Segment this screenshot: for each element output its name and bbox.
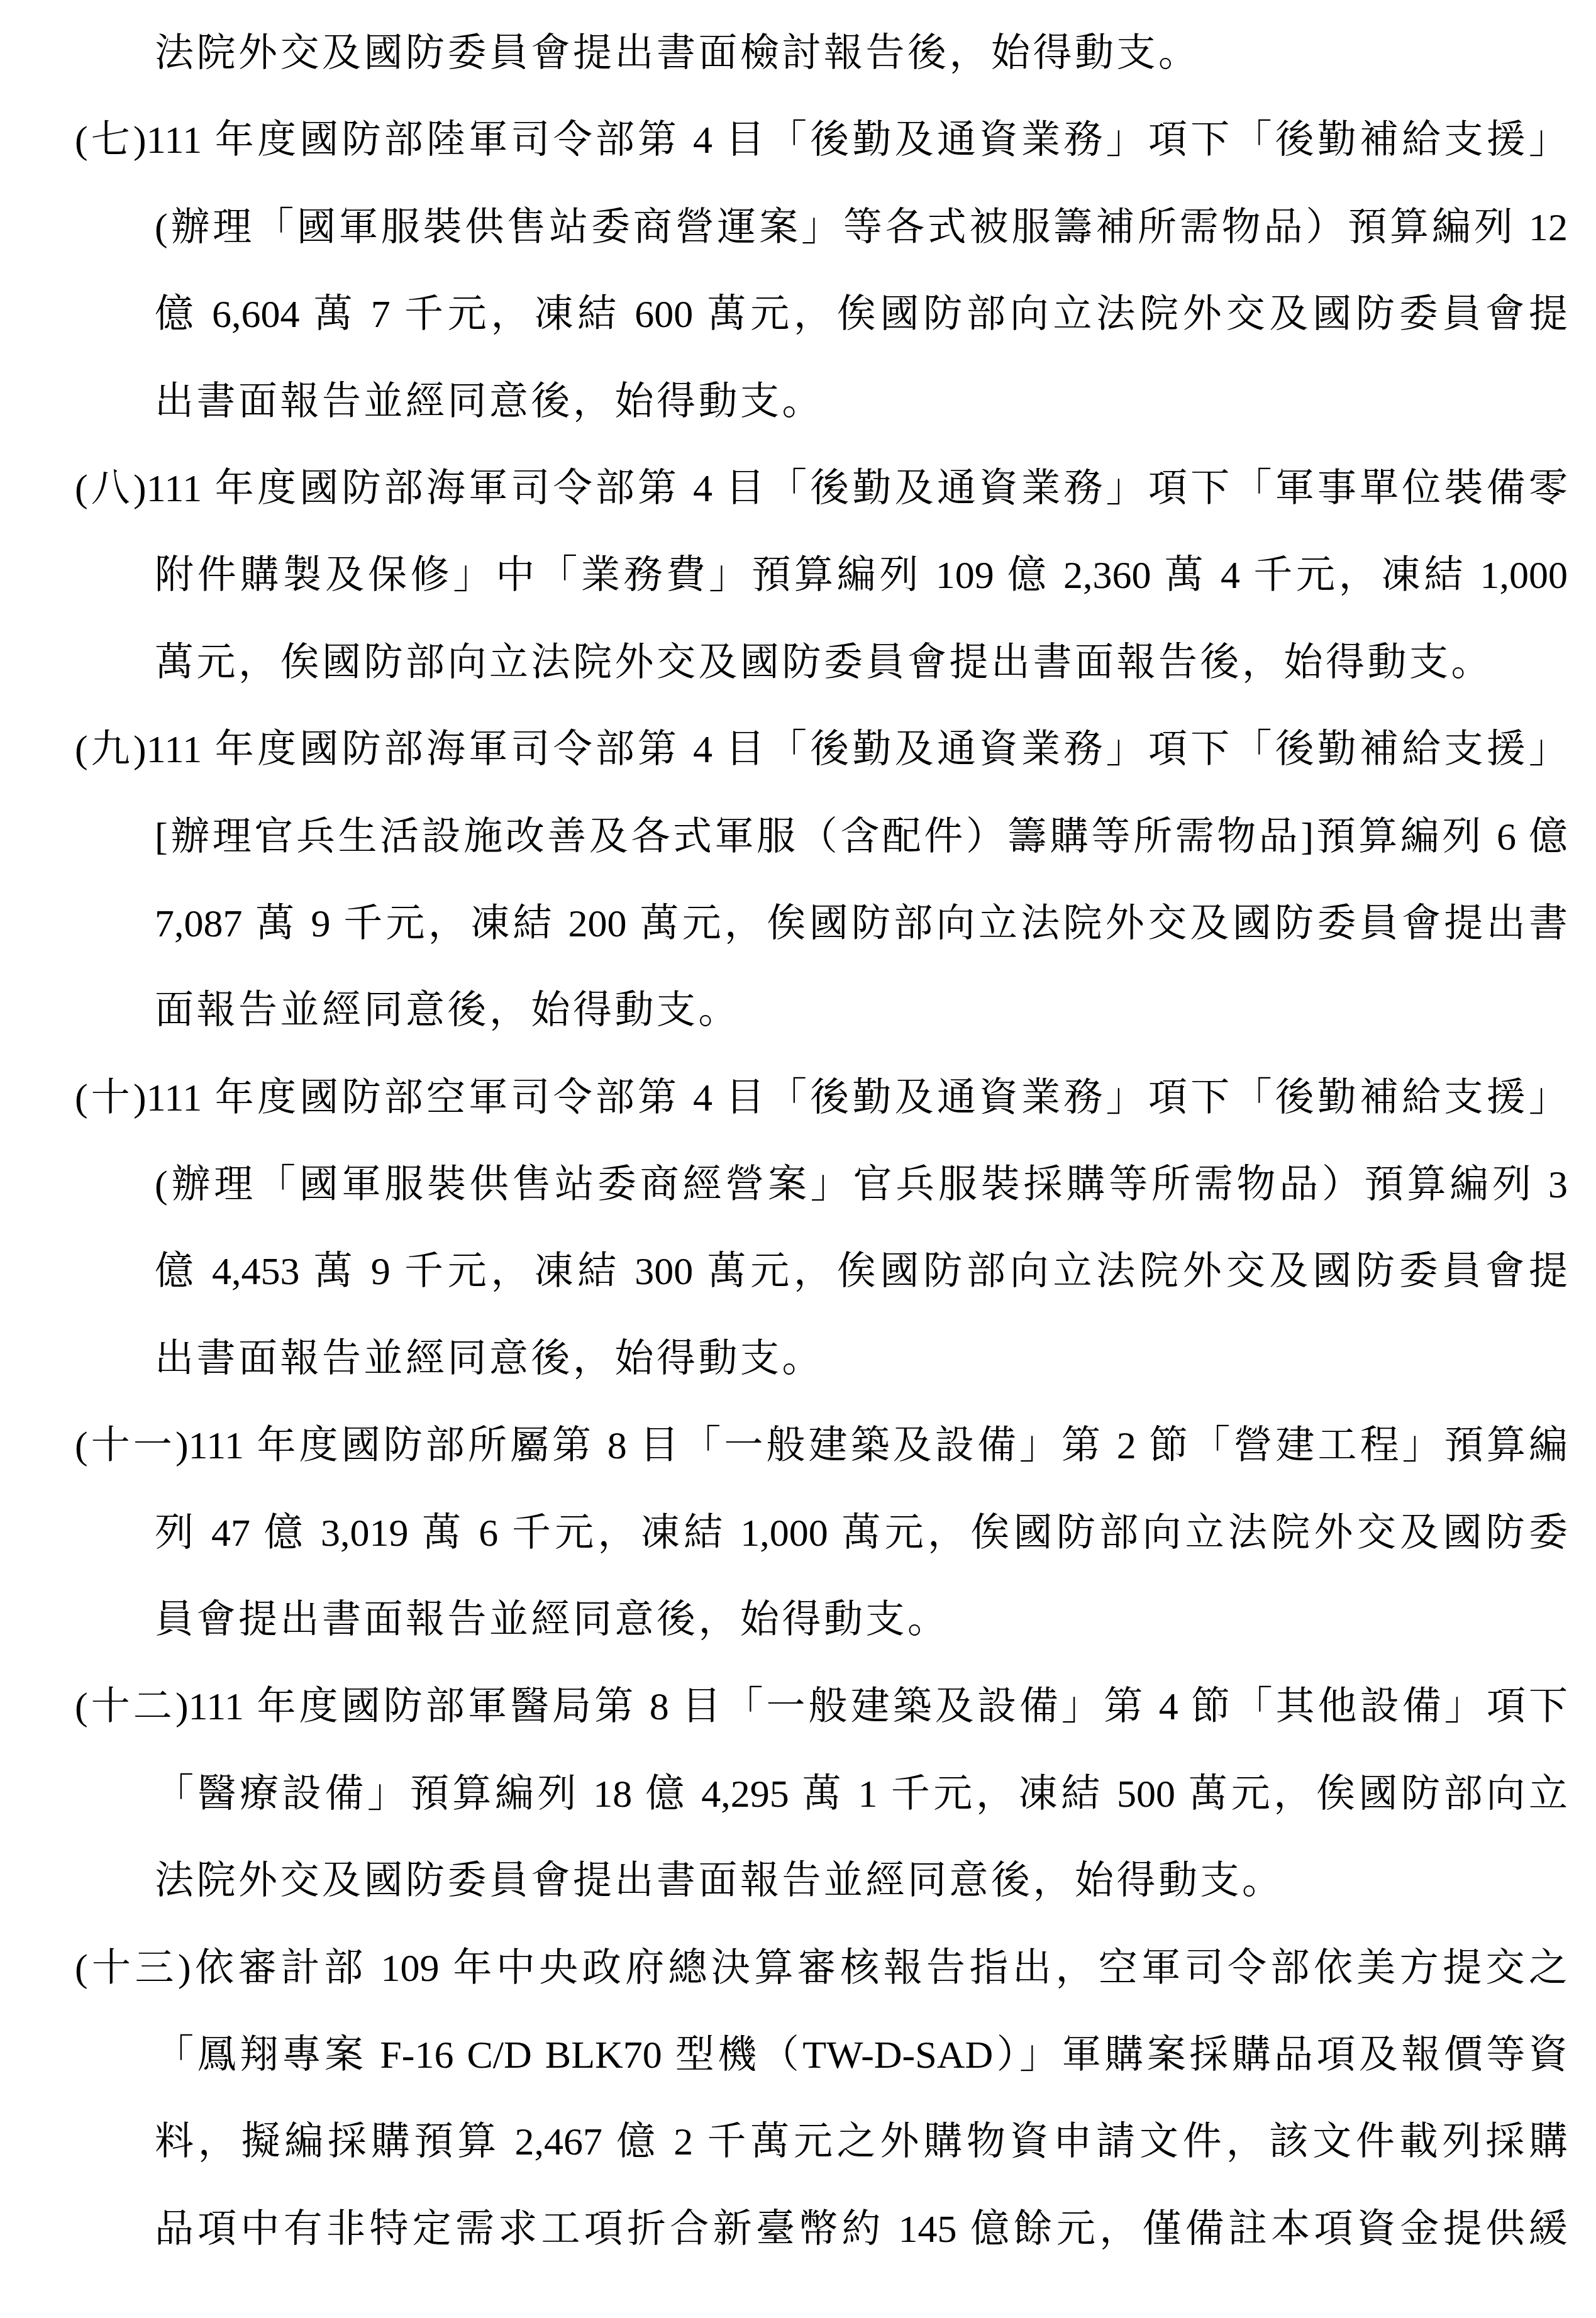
text-line: (七)111 年度國防部陸軍司令部第 4 目「後勤及通資業務」項下「後勤補給支援… (75, 97, 1568, 184)
text-line: 億 6,604 萬 7 千元，凍結 600 萬元，俟國防部向立法院外交及國防委員… (155, 271, 1568, 358)
text-line: 出書面報告並經同意後，始得動支。 (155, 358, 1568, 445)
text-line: 品項中有非特定需求工項折合新臺幣約 145 億餘元，僅備註本項資金提供緩 (155, 2186, 1568, 2273)
item-label: (十三) (75, 1947, 191, 1990)
text-line: [辦理官兵生活設施改善及各式軍服（含配件）籌購等所需物品]預算編列 6 億 (155, 794, 1568, 880)
list-item-13: (十三)依審計部 109 年中央政府總決算審核報告指出，空軍司令部依美方提交之 … (0, 1925, 1596, 2273)
text-line: 法院外交及國防委員會提出書面檢討報告後，始得動支。 (155, 10, 1568, 97)
item-text: 111 年度國防部陸軍司令部第 4 目「後勤及通資業務」項下「後勤補給支援」 (147, 119, 1568, 162)
text-line: 7,087 萬 9 千元，凍結 200 萬元，俟國防部向立法院外交及國防委員會提… (155, 880, 1568, 967)
text-line: (八)111 年度國防部海軍司令部第 4 目「後勤及通資業務」項下「軍事單位裝備… (75, 445, 1568, 532)
text-line: (辦理「國軍服裝供售站委商營運案」等各式被服籌補所需物品）預算編列 12 (155, 184, 1568, 271)
item-text: 111 年度國防部海軍司令部第 4 目「後勤及通資業務」項下「後勤補給支援」 (147, 728, 1568, 771)
list-item-8: (八)111 年度國防部海軍司令部第 4 目「後勤及通資業務」項下「軍事單位裝備… (0, 445, 1596, 706)
item-text: 111 年度國防部所屬第 8 目「一般建築及設備」第 2 節「營建工程」預算編 (189, 1424, 1568, 1467)
text-line: (十一)111 年度國防部所屬第 8 目「一般建築及設備」第 2 節「營建工程」… (75, 1402, 1568, 1489)
item-text: 111 年度國防部空軍司令部第 4 目「後勤及通資業務」項下「後勤補給支援」 (147, 1077, 1568, 1119)
item-label: (七) (75, 119, 147, 162)
text-line: 「鳳翔專案 F-16 C/D BLK70 型機（TW-D-SAD）」軍購案採購品… (155, 2012, 1568, 2099)
text-line: 出書面報告並經同意後，始得動支。 (155, 1316, 1568, 1402)
text-line: 億 4,453 萬 9 千元，凍結 300 萬元，俟國防部向立法院外交及國防委員… (155, 1228, 1568, 1315)
list-item-7: (七)111 年度國防部陸軍司令部第 4 目「後勤及通資業務」項下「後勤補給支援… (0, 97, 1596, 445)
item-label: (十一) (75, 1424, 189, 1467)
item-label: (十) (75, 1077, 147, 1119)
text-line: 「醫療設備」預算編列 18 億 4,295 萬 1 千元，凍結 500 萬元，俟… (155, 1751, 1568, 1838)
text-line: 料，擬編採購預算 2,467 億 2 千萬元之外購物資申請文件，該文件載列採購 (155, 2099, 1568, 2185)
text-line: 萬元，俟國防部向立法院外交及國防委員會提出書面報告後，始得動支。 (155, 619, 1568, 706)
item-label: (八) (75, 467, 147, 510)
text-line: 面報告並經同意後，始得動支。 (155, 967, 1568, 1054)
item-text: 111 年度國防部海軍司令部第 4 目「後勤及通資業務」項下「軍事單位裝備零 (147, 467, 1568, 510)
text-line: (辦理「國軍服裝供售站委商經營案」官兵服裝採購等所需物品）預算編列 3 (155, 1141, 1568, 1228)
carryover-paragraph: 法院外交及國防委員會提出書面檢討報告後，始得動支。 (0, 10, 1596, 97)
list-item-12: (十二)111 年度國防部軍醫局第 8 目「一般建築及設備」第 4 節「其他設備… (0, 1663, 1596, 1924)
text-line: 法院外交及國防委員會提出書面報告並經同意後，始得動支。 (155, 1838, 1568, 1924)
item-text: 依審計部 109 年中央政府總決算審核報告指出，空軍司令部依美方提交之 (191, 1947, 1568, 1990)
text-line: (十二)111 年度國防部軍醫局第 8 目「一般建築及設備」第 4 節「其他設備… (75, 1663, 1568, 1750)
list-item-9: (九)111 年度國防部海軍司令部第 4 目「後勤及通資業務」項下「後勤補給支援… (0, 706, 1596, 1055)
text-line: (九)111 年度國防部海軍司令部第 4 目「後勤及通資業務」項下「後勤補給支援… (75, 706, 1568, 793)
text-line: 員會提出書面報告並經同意後，始得動支。 (155, 1577, 1568, 1663)
list-item-11: (十一)111 年度國防部所屬第 8 目「一般建築及設備」第 2 節「營建工程」… (0, 1402, 1596, 1663)
text-line: (十三)依審計部 109 年中央政府總決算審核報告指出，空軍司令部依美方提交之 (75, 1925, 1568, 2012)
item-text: 111 年度國防部軍醫局第 8 目「一般建築及設備」第 4 節「其他設備」項下 (189, 1685, 1568, 1728)
document-page: 法院外交及國防委員會提出書面檢討報告後，始得動支。 (七)111 年度國防部陸軍… (0, 0, 1596, 2318)
text-line: (十)111 年度國防部空軍司令部第 4 目「後勤及通資業務」項下「後勤補給支援… (75, 1055, 1568, 1141)
list-item-10: (十)111 年度國防部空軍司令部第 4 目「後勤及通資業務」項下「後勤補給支援… (0, 1055, 1596, 1403)
text-line: 列 47 億 3,019 萬 6 千元，凍結 1,000 萬元，俟國防部向立法院… (155, 1490, 1568, 1577)
item-label: (十二) (75, 1685, 189, 1728)
item-label: (九) (75, 728, 147, 771)
text-line: 附件購製及保修」中「業務費」預算編列 109 億 2,360 萬 4 千元，凍結… (155, 532, 1568, 619)
